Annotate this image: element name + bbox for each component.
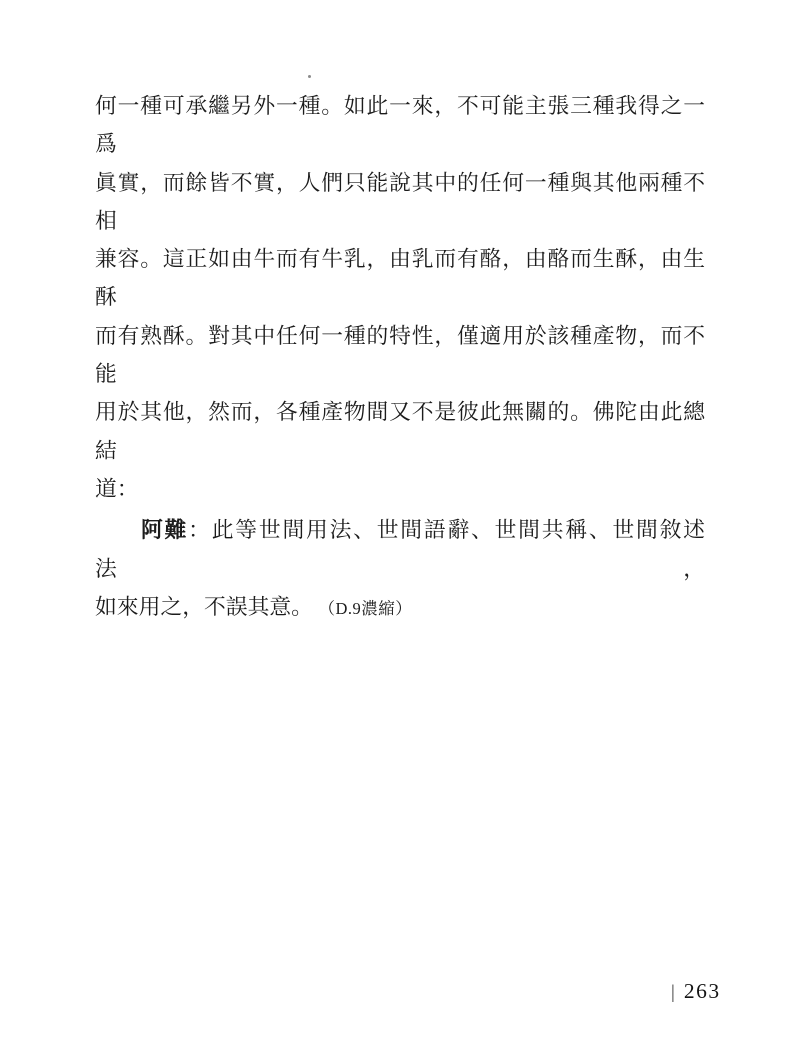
- quote-text: 如來用之，不誤其意。: [95, 595, 313, 619]
- quote-line: 阿難：此等世間用法、世間語辭、世間共稱、世間敘述法，: [95, 511, 705, 588]
- paragraph-line: 何一種可承繼另外一種。如此一來，不可能主張三種我得之一爲: [95, 87, 705, 164]
- book-page: 何一種可承繼另外一種。如此一來，不可能主張三種我得之一爲 眞實，而餘皆不實，人們…: [0, 0, 792, 1056]
- quote-speaker: 阿難: [141, 518, 188, 542]
- page-number: |263: [671, 978, 721, 1006]
- paragraph-line: 道：: [95, 470, 705, 508]
- paragraph-line: 而有熟酥。對其中任何一種的特性，僅適用於該種產物，而不能: [95, 317, 705, 394]
- page-number-value: 263: [684, 979, 721, 1003]
- paragraph-line: 眞實，而餘皆不實，人們只能說其中的任何一種與其他兩種不相: [95, 164, 705, 241]
- paragraph-line: 兼容。這正如由牛而有牛乳，由乳而有酪，由酪而生酥，由生酥: [95, 240, 705, 317]
- scan-speck: [451, 410, 454, 413]
- quote-citation: （D.9濃縮）: [318, 599, 412, 618]
- quote-line: 如來用之，不誤其意。 （D.9濃縮）: [95, 588, 705, 628]
- body-text: 何一種可承繼另外一種。如此一來，不可能主張三種我得之一爲 眞實，而餘皆不實，人們…: [95, 87, 705, 628]
- paragraph-line: 用於其他，然而，各種產物間又不是彼此無關的。佛陀由此總結: [95, 393, 705, 470]
- scan-speck: [308, 75, 311, 78]
- page-number-divider: |: [671, 982, 675, 1003]
- quote-block: 阿難：此等世間用法、世間語辭、世間共稱、世間敘述法， 如來用之，不誤其意。 （D…: [95, 511, 705, 628]
